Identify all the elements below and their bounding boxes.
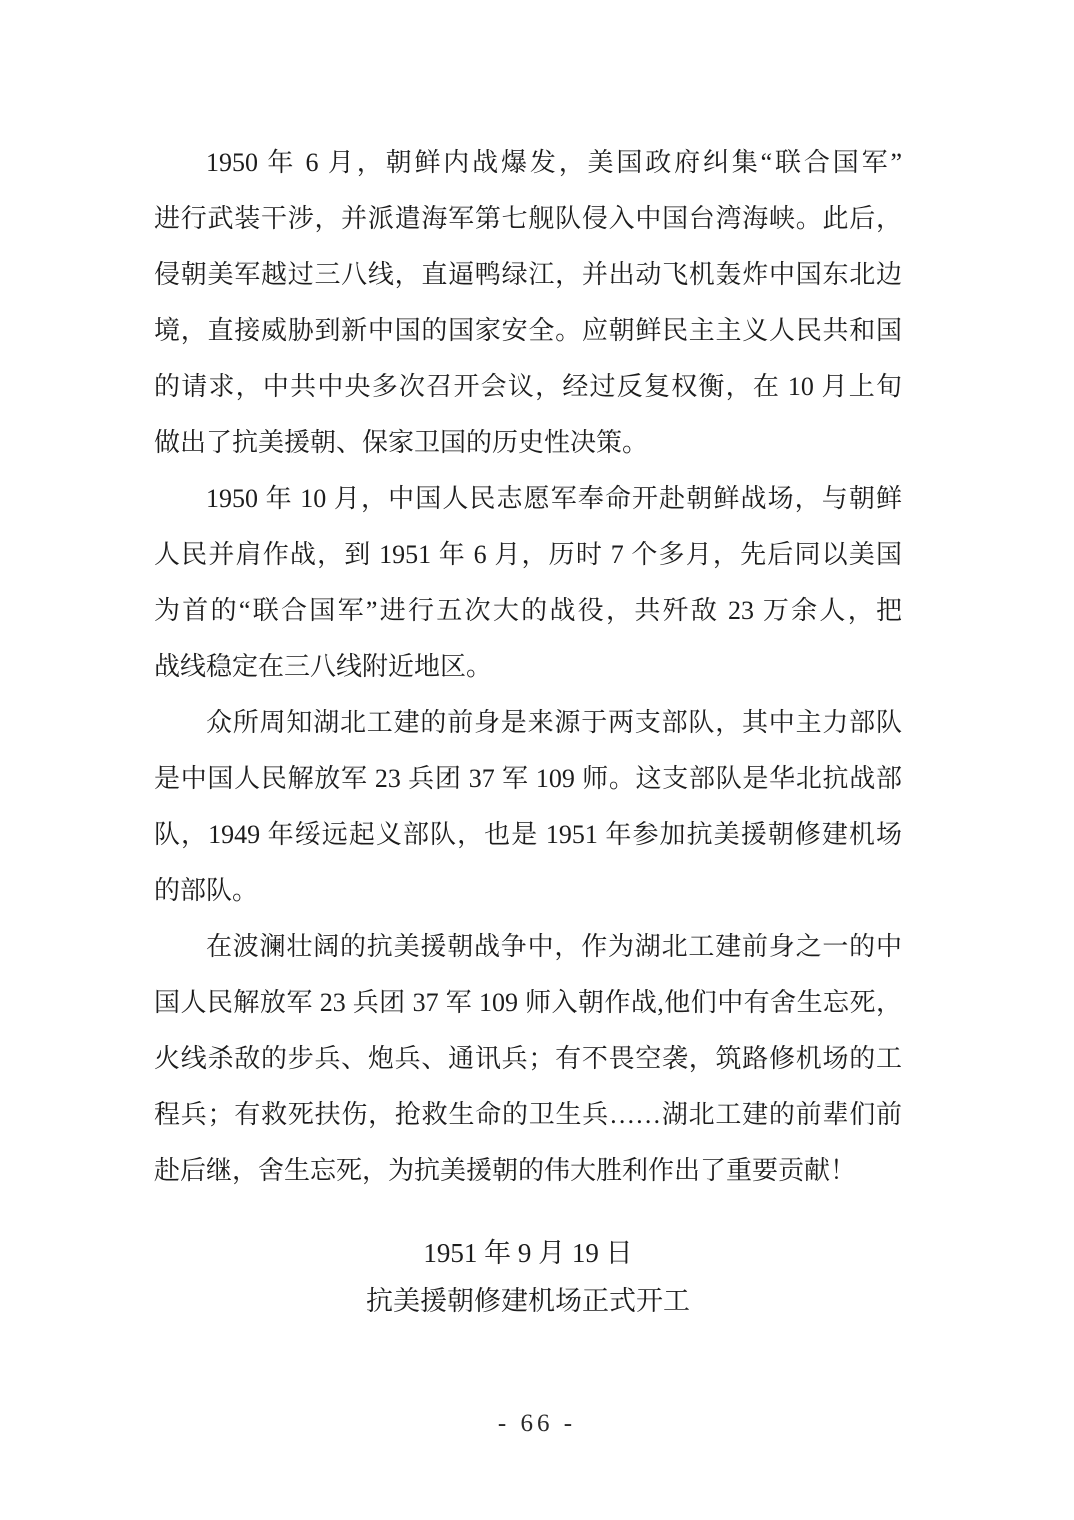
document-page: 1950 年 6 月，朝鲜内战爆发，美国政府纠集“联合国军”进行武装干涉，并派遣… — [0, 0, 1074, 1520]
paragraph: 1950 年 10 月，中国人民志愿军奉命开赴朝鲜战场，与朝鲜人民并肩作战，到 … — [154, 471, 902, 695]
text-line: 程兵；有救死扶伤，抢救生命的卫生兵……湖北工建的前辈们前 — [154, 1087, 902, 1143]
text-line: 众所周知湖北工建的前身是来源于两支部队，其中主力部队 — [154, 695, 902, 751]
text-line: 1950 年 6 月，朝鲜内战爆发，美国政府纠集“联合国军” — [154, 135, 902, 191]
text-line: 侵朝美军越过三八线，直逼鸭绿江，并出动飞机轰炸中国东北边 — [154, 247, 902, 303]
text-line: 是中国人民解放军 23 兵团 37 军 109 师。这支部队是华北抗战部 — [154, 751, 902, 807]
page-number: - 66 - — [0, 1406, 1074, 1442]
text-line: 的部队。 — [154, 863, 902, 919]
paragraphs-container: 1950 年 6 月，朝鲜内战爆发，美国政府纠集“联合国军”进行武装干涉，并派遣… — [154, 135, 902, 1199]
paragraph: 众所周知湖北工建的前身是来源于两支部队，其中主力部队是中国人民解放军 23 兵团… — [154, 695, 902, 919]
text-line: 战线稳定在三八线附近地区。 — [154, 639, 902, 695]
text-line: 火线杀敌的步兵、炮兵、通讯兵；有不畏空袭，筑路修机场的工 — [154, 1031, 902, 1087]
text-line: 赴后继，舍生忘死，为抗美援朝的伟大胜利作出了重要贡献！ — [154, 1143, 902, 1199]
text-line: 在波澜壮阔的抗美援朝战争中，作为湖北工建前身之一的中 — [154, 919, 902, 975]
text-line: 的请求，中共中央多次召开会议，经过反复权衡，在 10 月上旬 — [154, 359, 902, 415]
event-title-line: 抗美援朝修建机场正式开工 — [154, 1277, 902, 1325]
text-line: 国人民解放军 23 兵团 37 军 109 师入朝作战,他们中有舍生忘死， — [154, 975, 902, 1031]
document-body: 1950 年 6 月，朝鲜内战爆发，美国政府纠集“联合国军”进行武装干涉，并派遣… — [154, 135, 902, 1325]
date-line: 1951 年 9 月 19 日 — [154, 1225, 902, 1281]
paragraph: 1950 年 6 月，朝鲜内战爆发，美国政府纠集“联合国军”进行武装干涉，并派遣… — [154, 135, 902, 471]
text-line: 为首的“联合国军”进行五次大的战役，共歼敌 23 万余人，把 — [154, 583, 902, 639]
text-line: 人民并肩作战，到 1951 年 6 月，历时 7 个多月，先后同以美国 — [154, 527, 902, 583]
paragraph: 在波澜壮阔的抗美援朝战争中，作为湖北工建前身之一的中国人民解放军 23 兵团 3… — [154, 919, 902, 1199]
text-line: 做出了抗美援朝、保家卫国的历史性决策。 — [154, 415, 902, 471]
text-line: 1950 年 10 月，中国人民志愿军奉命开赴朝鲜战场，与朝鲜 — [154, 471, 902, 527]
text-line: 队，1949 年绥远起义部队，也是 1951 年参加抗美援朝修建机场 — [154, 807, 902, 863]
text-line: 进行武装干涉，并派遣海军第七舰队侵入中国台湾海峡。此后， — [154, 191, 902, 247]
text-line: 境，直接威胁到新中国的国家安全。应朝鲜民主主义人民共和国 — [154, 303, 902, 359]
closing-block: 1951 年 9 月 19 日 抗美援朝修建机场正式开工 — [154, 1225, 902, 1325]
